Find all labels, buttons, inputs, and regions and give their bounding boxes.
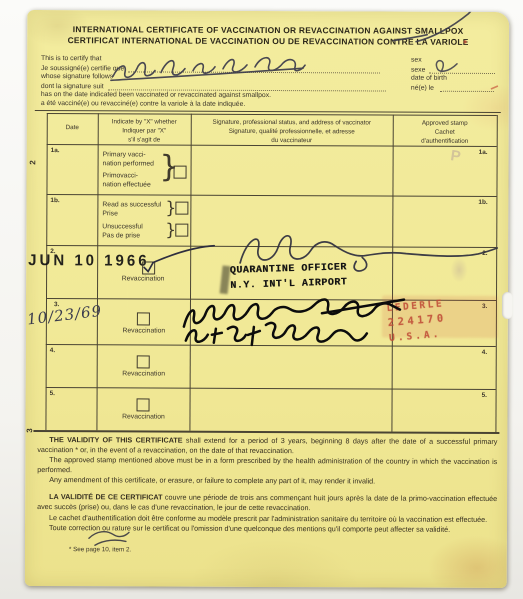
dob-label-fr: né(e) le <box>411 84 494 92</box>
primary-vaccination-label-l1: Primary vacci- <box>103 151 146 158</box>
page-number-side-bottom: 3 <box>25 428 34 432</box>
row-1b-number-right: 1b. <box>478 199 487 206</box>
table-bottom-border <box>33 430 499 434</box>
row-divider-1a <box>46 194 496 197</box>
vaccinated-line-en: has on the date indicated been vaccinate… <box>41 91 271 99</box>
validity-text-block: THE VALIDITY OF THIS CERTIFICATE shall e… <box>37 435 497 535</box>
vaccinated-line-fr: a été vacciné(e) ou revacciné(e) contre … <box>41 100 245 108</box>
col-header-stamp-l2: Cachet <box>393 128 497 138</box>
col-header-date: Date <box>47 123 98 132</box>
col-header-indicate-l3: s'il s'agit de <box>98 136 191 146</box>
certify-line-fr: Je soussigné(e) certifie que <box>41 64 380 73</box>
successful-label-en: Read as successful <box>102 201 161 208</box>
successful-label-fr: Prise <box>102 210 118 217</box>
row-4-number-left: 4. <box>50 347 55 354</box>
col-divider-signature <box>391 115 393 432</box>
certify-line-en: This is to certify that <box>41 55 101 62</box>
row-2-number-right: 2. <box>482 250 487 257</box>
row-5-number-left: 5. <box>50 390 55 397</box>
row-1a-number-right: 1a. <box>479 149 488 156</box>
signature-line-fr-text: dont la signature suit <box>41 83 104 90</box>
unsuccessful-label-en: Unsuccessful <box>102 223 142 230</box>
footnote: * See page 10, item 2. <box>69 546 131 553</box>
faint-stamp-mark: P <box>449 147 461 165</box>
revaccination-label-row5: Revaccination <box>111 413 175 420</box>
handwritten-date-row3: 10/23/69 <box>26 302 103 329</box>
date-stamp-jun-10-1966: JUN 10 1966 <box>28 252 149 270</box>
checkbox-primary-vaccination <box>174 166 187 179</box>
signature-dotted-line <box>108 82 386 91</box>
unsuccessful-label-fr: Pas de prise <box>102 232 140 239</box>
col-header-signature-l1: Signature, professional status, and addr… <box>191 118 393 128</box>
stamp-ink-smudge <box>220 265 231 294</box>
sex-dotted-line <box>429 66 495 74</box>
quarantine-stamp-line2: N.Y. INT'L AIRPORT <box>230 276 347 294</box>
row-divider-4 <box>46 387 496 390</box>
title-fr: CERTIFICAT INTERNATIONAL DE VACCINATION … <box>27 35 509 47</box>
validity-fr-p1: LA VALIDITÉ DE CE CERTIFICAT couvre une … <box>37 492 497 514</box>
validity-fr-p3: Toute correction ou rature sur le certif… <box>37 523 497 535</box>
col-header-indicate-l1: Indicate by "X" whether <box>98 117 191 127</box>
edge-notch <box>502 292 513 319</box>
sex-label-en: sex <box>411 57 422 64</box>
validity-fr-p1-lead: LA VALIDITÉ DE CE CERTIFICAT <box>49 492 162 501</box>
row-4-number-right: 4. <box>482 349 487 356</box>
row-divider-1b <box>46 245 496 248</box>
primovaccination-label-l1: Primovacci- <box>103 172 139 179</box>
revaccination-label-row2: Revaccination <box>113 275 173 282</box>
name-dotted-line <box>128 64 380 73</box>
table-left-border <box>45 113 47 430</box>
validity-en-p2: The approved stamp mentioned above must … <box>37 455 497 477</box>
col-header-stamp: Approved stamp Cachet d'authentification <box>393 119 497 147</box>
table-right-border <box>495 115 497 432</box>
certify-line-fr-text: Je soussigné(e) certifie que <box>41 65 124 72</box>
row-divider-3 <box>46 344 496 347</box>
validity-en-p1: THE VALIDITY OF THIS CERTIFICATE shall e… <box>37 435 497 457</box>
bottom-pen-squiggle <box>89 532 129 546</box>
primary-vaccination-label-l2: nation performed <box>103 160 154 167</box>
validity-en-p1-lead: THE VALIDITY OF THIS CERTIFICATE <box>49 435 182 445</box>
row-1b-number-left: 1b. <box>50 197 59 204</box>
revaccination-label-row4: Revaccination <box>112 370 176 377</box>
checkbox-unsuccessful <box>175 224 188 237</box>
col-header-signature-l3: du vaccinateur <box>191 136 393 146</box>
certificate-card: INTERNATIONAL CERTIFICATE OF VACCINATION… <box>25 10 510 588</box>
sex-label-fr: sexe <box>411 66 495 74</box>
col-divider-date <box>96 113 98 430</box>
scan-background: INTERNATIONAL CERTIFICATE OF VACCINATION… <box>0 0 523 599</box>
col-header-signature: Signature, professional status, and addr… <box>191 118 393 146</box>
table-top-border <box>47 113 497 116</box>
dob-label-en: date of birth <box>411 75 447 82</box>
dob-label-fr-text: né(e) le <box>411 85 434 92</box>
col-header-indicate: Indicate by "X" whether Indiquer par "X"… <box>98 117 191 145</box>
row-1a-number-left: 1a. <box>51 147 60 154</box>
validity-en-p3: Any amendment of this certificate, or er… <box>37 475 497 487</box>
quarantine-officer-stamp: QUARANTINE OFFICER N.Y. INT'L AIRPORT <box>230 261 348 294</box>
checkbox-revaccination-row4 <box>137 355 150 368</box>
lederle-approved-stamp: LEDERLE 224170 U.S.A. <box>386 297 448 346</box>
page-number-side-top: 2 <box>28 160 37 164</box>
dob-dotted-line <box>440 84 494 92</box>
title-en: INTERNATIONAL CERTIFICATE OF VACCINATION… <box>27 24 509 36</box>
vaccinator-signature-row3 <box>184 299 404 346</box>
signature-line-fr: dont la signature suit <box>41 82 386 92</box>
checkbox-successful <box>175 202 188 215</box>
checkbox-revaccination-row3 <box>137 312 150 325</box>
sex-label-fr-text: sexe <box>411 67 425 74</box>
col-header-indicate-l2: Indiquer par "X" <box>98 126 191 136</box>
checkbox-revaccination-row2 <box>142 261 155 274</box>
col-header-stamp-l1: Approved stamp <box>393 119 497 129</box>
signature-line-en: whose signature follows <box>41 73 113 80</box>
faint-stamp-smudge <box>446 254 472 294</box>
primovaccination-label-l2: nation effectuée <box>102 181 150 188</box>
checkbox-revaccination-row5 <box>137 398 150 411</box>
col-header-stamp-l3: d'authentification <box>393 137 497 147</box>
revaccination-label-row3: Revaccination <box>112 327 176 334</box>
row-5-number-right: 5. <box>482 392 487 399</box>
col-divider-indicate <box>189 114 191 431</box>
